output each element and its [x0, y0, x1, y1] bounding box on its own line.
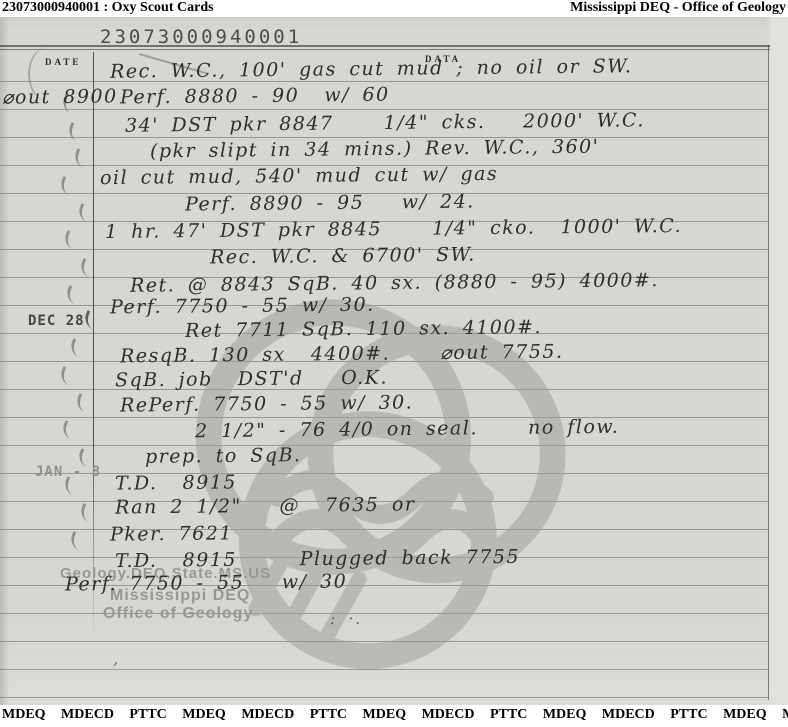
log-entry: T.D. 8915 [115, 471, 237, 494]
log-entry: 34' DST pkr 8847 1/4" cks. 2000' W.C. [125, 109, 645, 136]
log-entry: ResqB. 130 sx 4400#. ⌀out 7755. [120, 341, 564, 368]
tally-mark [59, 420, 77, 440]
tally-mark [63, 285, 81, 305]
header-bar: 23073000940001 : Oxy Scout Cards Mississ… [0, 0, 788, 17]
stray-pen-mark: , [113, 649, 120, 668]
stray-pen-mark: : ·. [330, 609, 362, 628]
log-entry: Ran 2 1/2" @ 7635 or [115, 493, 416, 518]
date-stamp: ⌀out 8900 [2, 85, 118, 108]
log-entry: Rec. W.C. & 6700' SW. [210, 244, 476, 269]
column-divider [93, 52, 94, 642]
log-entry: 1 hr. 47' DST pkr 8845 1/4" cko. 1000' W… [105, 215, 682, 243]
date-stamp: DEC 28 [28, 313, 85, 329]
log-entry: 2 1/2" - 76 4/0 on seal. no flow. [195, 416, 620, 442]
right-margin-line [768, 45, 769, 700]
log-entry: SqB. job DST'd O.K. [115, 367, 388, 392]
tally-mark [73, 393, 91, 413]
tally-mark [61, 230, 79, 250]
log-entry: Perf. 7750 - 55 w/ 30 [65, 571, 347, 596]
ruled-line [0, 109, 768, 110]
log-entry: T.D. 8915 Plugged back 7755 [115, 546, 520, 572]
tally-mark [67, 338, 85, 358]
tally-mark [65, 122, 83, 142]
log-entry: (pkr slipt in 34 mins.) Rev. W.C., 360' [150, 136, 600, 163]
top-double-rule-lower [0, 49, 770, 50]
date-stamp: JAN - 8 [35, 464, 101, 480]
log-entry: Pker. 7621 [110, 522, 233, 545]
log-entry: RePerf. 7750 - 55 w/ 30. [120, 391, 413, 416]
log-entry: Perf. 7750 - 55 w/ 30. [110, 294, 375, 319]
log-entry: Ret 7711 SqB. 110 sx. 4100#. [185, 316, 542, 342]
tally-mark [57, 366, 75, 386]
footer-bar: MDEQ MDECD PTTC MDEQ MDECD PTTC MDEQ MDE… [0, 705, 788, 727]
scout-card-scan: 23073000940001 DATE DATA Geology.DEQ.Sta… [0, 17, 788, 705]
office-title: Mississippi DEQ - Office of Geology [570, 0, 786, 16]
stamp-number: 23073000940001 [100, 26, 302, 48]
footer-ticker: MDEQ MDECD PTTC MDEQ MDECD PTTC MDEQ MDE… [2, 707, 788, 723]
log-entry: prep. to SqB. [145, 444, 302, 468]
ruled-line [0, 697, 768, 698]
tally-mark [67, 531, 85, 551]
watermark-office: Office of Geology [103, 605, 253, 623]
date-column-header: DATE [45, 57, 81, 67]
tally-mark [75, 203, 93, 223]
log-entry: oil cut mud, 540' mud cut w/ gas [100, 163, 498, 189]
log-entry: Rec. W.C., 100' gas cut mud ; no oil or … [110, 55, 633, 82]
log-entry: Perf. 8880 - 90 w/ 60 [120, 84, 390, 109]
log-entry: Perf. 8890 - 95 w/ 24. [185, 190, 475, 215]
document-id-title: 23073000940001 : Oxy Scout Cards [2, 0, 214, 16]
